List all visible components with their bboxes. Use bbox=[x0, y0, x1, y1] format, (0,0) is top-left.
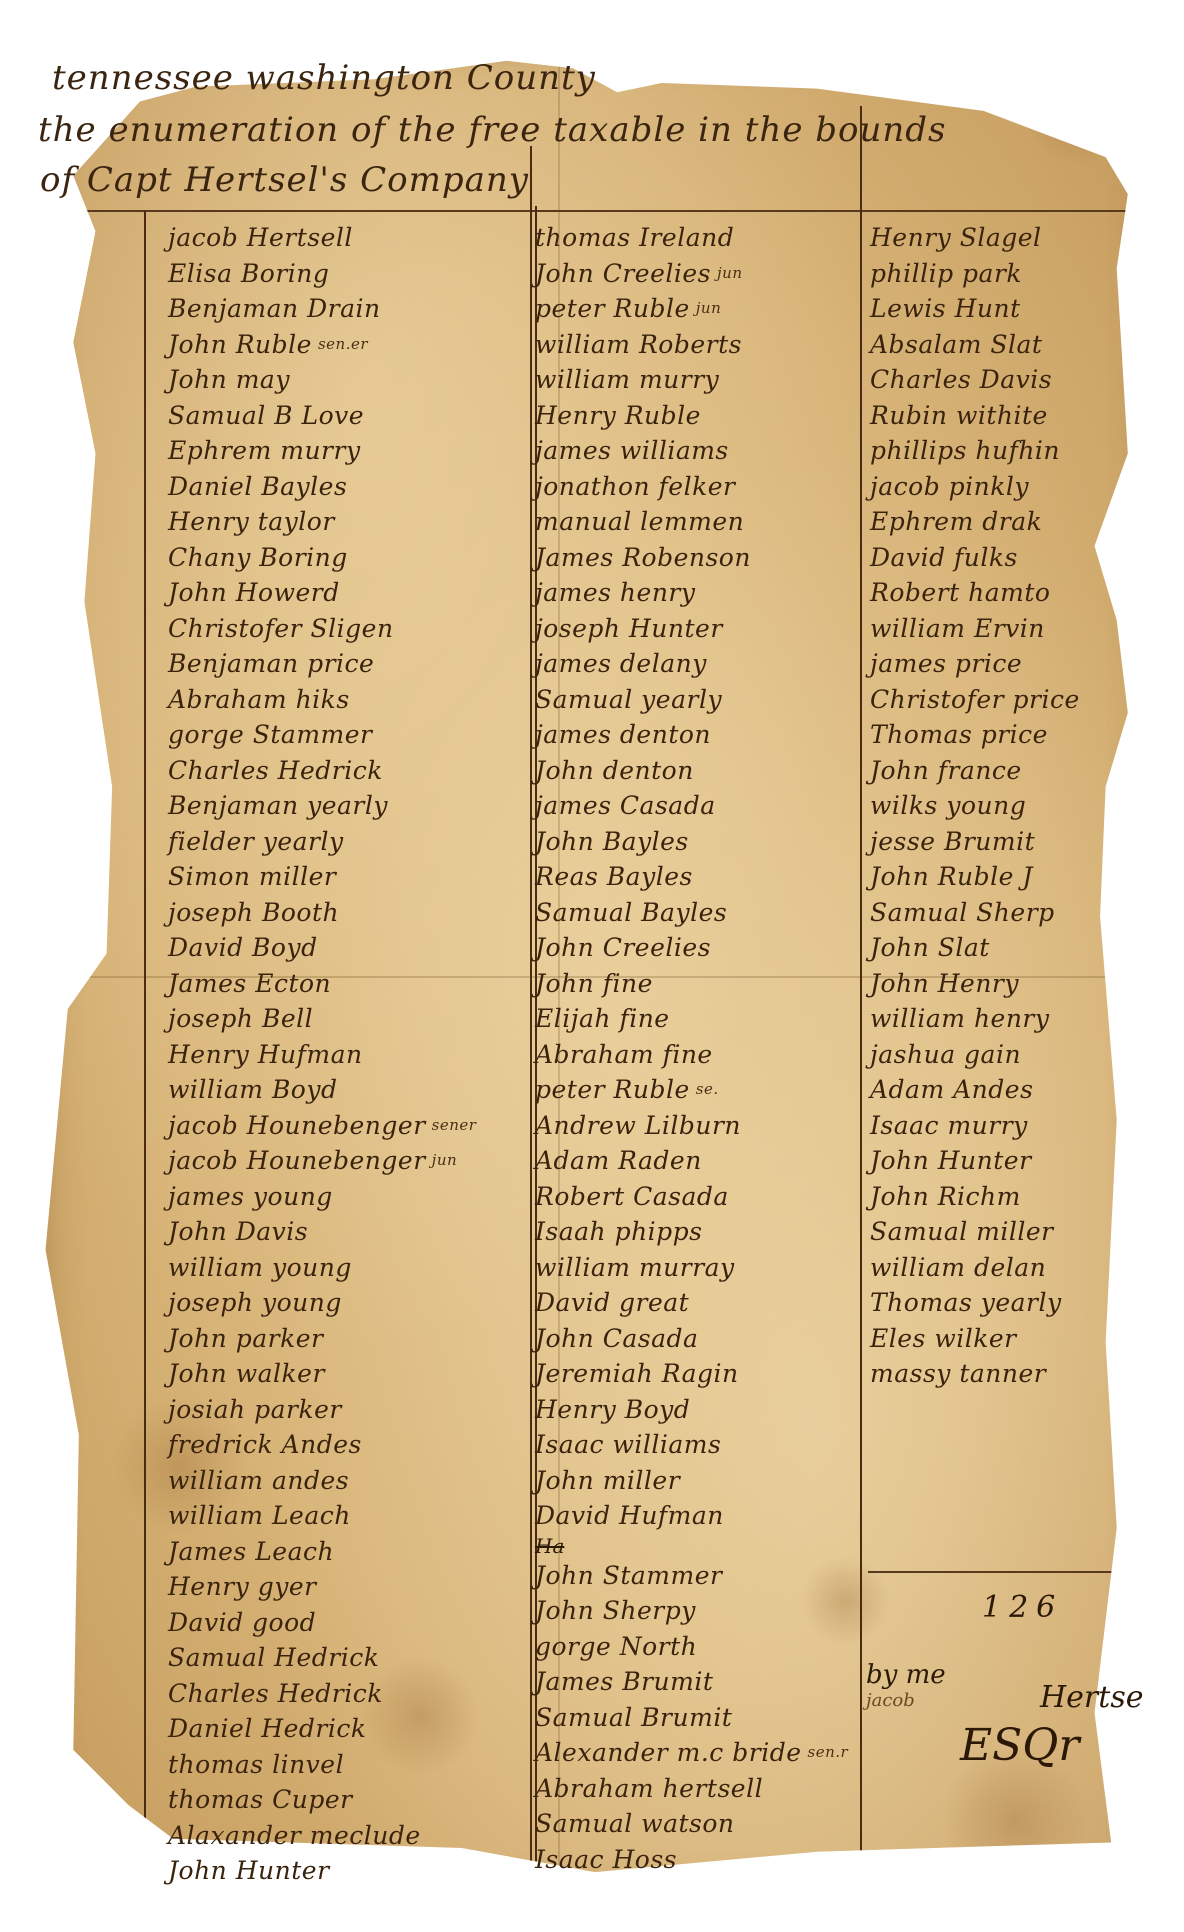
taxable-name-entry: Christofer price bbox=[870, 682, 1080, 718]
person-name: william andes bbox=[168, 1468, 349, 1493]
person-name: peter Ruble bbox=[535, 296, 690, 321]
person-name: John Bayles bbox=[535, 829, 689, 854]
taxable-name-entry: Benjaman Drain bbox=[168, 291, 476, 327]
taxable-name-entry: Abraham hertsell bbox=[535, 1771, 848, 1807]
person-name: Benjaman yearly bbox=[168, 793, 388, 818]
taxable-name-entry: william Leach bbox=[168, 1498, 476, 1534]
taxable-name-entry: manual lemmen bbox=[535, 504, 848, 540]
person-name: James Robenson bbox=[535, 545, 751, 570]
taxable-name-entry: Samual Sherp bbox=[870, 895, 1080, 931]
person-name: Alexander m.c bride bbox=[535, 1740, 802, 1765]
taxable-name-entry: John Hunter bbox=[870, 1143, 1080, 1179]
person-name: james denton bbox=[535, 722, 711, 747]
person-name: phillip park bbox=[870, 261, 1022, 286]
person-name: Christofer price bbox=[870, 687, 1080, 712]
person-name: Elijah fine bbox=[535, 1006, 670, 1031]
person-name: gorge Stammer bbox=[168, 722, 373, 747]
taxable-name-entry: jacob Hounebengersener bbox=[168, 1108, 476, 1144]
person-name: joseph Booth bbox=[168, 900, 339, 925]
taxable-name-entry: Henry Ruble bbox=[535, 398, 848, 434]
person-name: John Henry bbox=[870, 971, 1019, 996]
taxable-name-entry: Simon miller bbox=[168, 859, 476, 895]
taxable-name-entry: James Leach bbox=[168, 1534, 476, 1570]
person-name: Henry Ruble bbox=[535, 403, 701, 428]
person-name: Ephrem drak bbox=[870, 509, 1042, 534]
person-name: Chany Boring bbox=[168, 545, 348, 570]
taxable-name-entry: Isaac williams bbox=[535, 1427, 848, 1463]
person-name: Robert hamto bbox=[870, 580, 1050, 605]
taxable-name-entry: Samual watson bbox=[535, 1806, 848, 1842]
header-county: tennessee washington County bbox=[52, 58, 596, 98]
taxable-name-entry: william andes bbox=[168, 1463, 476, 1499]
taxable-name-entry: Henry gyer bbox=[168, 1569, 476, 1605]
taxable-name-entry: Elijah fine bbox=[535, 1001, 848, 1037]
taxable-name-entry: David Hufman bbox=[535, 1498, 848, 1534]
margin-rule bbox=[144, 210, 146, 1890]
person-name: Simon miller bbox=[168, 864, 336, 889]
taxable-name-entry: Robert Casada bbox=[535, 1179, 848, 1215]
person-name: Isaac williams bbox=[535, 1432, 721, 1457]
taxable-name-entry: John fine bbox=[535, 966, 848, 1002]
person-name: jacob Hounebenger bbox=[168, 1113, 426, 1138]
person-name: Eles wilker bbox=[870, 1326, 1017, 1351]
taxable-name-entry: John Slat bbox=[870, 930, 1080, 966]
attestation-by-me: by me bbox=[866, 1660, 946, 1690]
taxable-name-entry: Samual Bayles bbox=[535, 895, 848, 931]
person-name: Elisa Boring bbox=[168, 261, 329, 286]
person-name: james henry bbox=[535, 580, 696, 605]
taxable-name-entry: Charles Hedrick bbox=[168, 1676, 476, 1712]
person-name: thomas Ireland bbox=[535, 225, 734, 250]
taxable-name-entry: John denton bbox=[535, 753, 848, 789]
person-name: Jeremiah Ragin bbox=[535, 1361, 739, 1386]
name-suffix: sener bbox=[432, 1118, 477, 1133]
taxable-name-entry: Thomas price bbox=[870, 717, 1080, 753]
person-name: james Casada bbox=[535, 793, 716, 818]
person-name: Abraham fine bbox=[535, 1042, 713, 1067]
taxable-name-entry: Samual B Love bbox=[168, 398, 476, 434]
person-name: jacob pinkly bbox=[870, 474, 1029, 499]
taxable-name-entry: william murray bbox=[535, 1250, 848, 1286]
person-name: John Ruble J bbox=[870, 864, 1033, 889]
enumeration-total: 126 bbox=[982, 1590, 1063, 1625]
taxable-name-entry: Henry Boyd bbox=[535, 1392, 848, 1428]
person-name: Isaac murry bbox=[870, 1113, 1028, 1138]
person-name: John Casada bbox=[535, 1326, 698, 1351]
person-name: Daniel Hedrick bbox=[168, 1716, 366, 1741]
taxable-name-entry: John Hunter bbox=[168, 1853, 476, 1889]
taxable-name-entry: william delan bbox=[870, 1250, 1080, 1286]
person-name: Andrew Lilburn bbox=[535, 1113, 741, 1138]
taxable-name-entry: John Stammer bbox=[535, 1558, 848, 1594]
taxable-name-entry: jonathon felker bbox=[535, 469, 848, 505]
taxable-name-entry: Lewis Hunt bbox=[870, 291, 1080, 327]
person-name: Samual Brumit bbox=[535, 1705, 732, 1730]
person-name: jacob Hounebenger bbox=[168, 1148, 426, 1173]
person-name: Benjaman price bbox=[168, 651, 374, 676]
name-suffix: jun bbox=[696, 301, 721, 316]
taxable-name-entry: Isaac Hoss bbox=[535, 1842, 848, 1878]
taxable-name-entry: John miller bbox=[535, 1463, 848, 1499]
person-name: James Leach bbox=[168, 1539, 334, 1564]
person-name: josiah parker bbox=[168, 1397, 342, 1422]
taxable-name-entry: massy tanner bbox=[870, 1356, 1080, 1392]
person-name: Samual B Love bbox=[168, 403, 364, 428]
taxable-name-entry: fredrick Andes bbox=[168, 1427, 476, 1463]
taxable-name-entry: Benjaman yearly bbox=[168, 788, 476, 824]
taxable-name-entry: James Ecton bbox=[168, 966, 476, 1002]
taxable-name-entry: Eles wilker bbox=[870, 1321, 1080, 1357]
person-name: James Ecton bbox=[168, 971, 331, 996]
person-name: Charles Davis bbox=[870, 367, 1052, 392]
taxable-name-entry: Adam Raden bbox=[535, 1143, 848, 1179]
taxable-name-entry: John Creelies bbox=[535, 930, 848, 966]
taxable-name-entry: Isaah phipps bbox=[535, 1214, 848, 1250]
taxable-name-entry: james henry bbox=[535, 575, 848, 611]
person-name: John may bbox=[168, 367, 290, 392]
person-name: william murray bbox=[535, 1255, 735, 1280]
person-name: Rubin withite bbox=[870, 403, 1048, 428]
person-name: massy tanner bbox=[870, 1361, 1046, 1386]
taxable-name-entry: Thomas yearly bbox=[870, 1285, 1080, 1321]
person-name: joseph Hunter bbox=[535, 616, 723, 641]
person-name: william Boyd bbox=[168, 1077, 338, 1102]
taxable-name-entry: Daniel Bayles bbox=[168, 469, 476, 505]
person-name: David great bbox=[535, 1290, 689, 1315]
taxable-name-entry: peter Rublejun bbox=[535, 291, 848, 327]
taxable-name-entry: James Robenson bbox=[535, 540, 848, 576]
taxable-name-entry: Daniel Hedrick bbox=[168, 1711, 476, 1747]
taxable-name-entry: Abraham fine bbox=[535, 1037, 848, 1073]
person-name: Adam Raden bbox=[535, 1148, 702, 1173]
person-name: william young bbox=[168, 1255, 352, 1280]
person-name: John Hunter bbox=[870, 1148, 1032, 1173]
person-name: Charles Hedrick bbox=[168, 758, 383, 783]
person-name: Adam Andes bbox=[870, 1077, 1033, 1102]
person-name: Henry Boyd bbox=[535, 1397, 690, 1422]
column-rule-1 bbox=[530, 146, 532, 1891]
taxable-name-entry: joseph Hunter bbox=[535, 611, 848, 647]
person-name: John Sherpy bbox=[535, 1598, 696, 1623]
person-name: thomas linvel bbox=[168, 1752, 344, 1777]
taxable-name-entry: Charles Davis bbox=[870, 362, 1080, 398]
person-name: Lewis Hunt bbox=[870, 296, 1021, 321]
person-name: David good bbox=[168, 1610, 316, 1635]
person-name: james delany bbox=[535, 651, 707, 676]
taxable-name-entry: Henry taylor bbox=[168, 504, 476, 540]
taxable-name-entry: Andrew Lilburn bbox=[535, 1108, 848, 1144]
taxable-name-entry: John Ruble J bbox=[870, 859, 1080, 895]
name-column-2: thomas IrelandJohn Creeliesjunpeter Rubl… bbox=[535, 220, 848, 1877]
taxable-name-entry: Absalam Slat bbox=[870, 327, 1080, 363]
person-name: Benjaman Drain bbox=[168, 296, 381, 321]
person-name: wilks young bbox=[870, 793, 1026, 818]
taxable-name-entry: wilks young bbox=[870, 788, 1080, 824]
person-name: Henry gyer bbox=[168, 1574, 317, 1599]
taxable-name-entry: Chany Boring bbox=[168, 540, 476, 576]
taxable-name-entry: Alexander m.c bridesen.r bbox=[535, 1735, 848, 1771]
person-name: william Leach bbox=[168, 1503, 351, 1528]
taxable-name-entry: James Brumit bbox=[535, 1664, 848, 1700]
taxable-name-entry: John Casada bbox=[535, 1321, 848, 1357]
total-divider bbox=[868, 1571, 1148, 1573]
person-name: fielder yearly bbox=[168, 829, 344, 854]
paper-stain bbox=[1020, 46, 1140, 166]
person-name: John Creelies bbox=[535, 261, 711, 286]
taxable-name-entry: james williams bbox=[535, 433, 848, 469]
taxable-name-entry: John Davis bbox=[168, 1214, 476, 1250]
person-name: John Richm bbox=[870, 1184, 1021, 1209]
person-name: Samual Hedrick bbox=[168, 1645, 379, 1670]
header-company: of Capt Hertsel's Company bbox=[40, 160, 529, 200]
person-name: james williams bbox=[535, 438, 729, 463]
person-name: Christofer Sligen bbox=[168, 616, 394, 641]
taxable-name-entry: Jeremiah Ragin bbox=[535, 1356, 848, 1392]
taxable-name-entry: joseph young bbox=[168, 1285, 476, 1321]
person-name: David Hufman bbox=[535, 1503, 724, 1528]
person-name: John Howerd bbox=[168, 580, 340, 605]
taxable-name-entry: thomas Cuper bbox=[168, 1782, 476, 1818]
taxable-name-entry: John may bbox=[168, 362, 476, 398]
person-name: jacob Hertsell bbox=[168, 225, 353, 250]
person-name: william Roberts bbox=[535, 332, 742, 357]
taxable-name-entry: joseph Booth bbox=[168, 895, 476, 931]
taxable-name-entry: John Henry bbox=[870, 966, 1080, 1002]
taxable-name-entry: Samual miller bbox=[870, 1214, 1080, 1250]
person-name: John walker bbox=[168, 1361, 325, 1386]
taxable-name-entry: David fulks bbox=[870, 540, 1080, 576]
taxable-name-entry: Robert hamto bbox=[870, 575, 1080, 611]
person-name: Samual Bayles bbox=[535, 900, 727, 925]
person-name: james young bbox=[168, 1184, 333, 1209]
taxable-name-entry: David Boyd bbox=[168, 930, 476, 966]
person-name: phillips hufhin bbox=[870, 438, 1060, 463]
taxable-name-entry: james Casada bbox=[535, 788, 848, 824]
person-name: fredrick Andes bbox=[168, 1432, 362, 1457]
taxable-name-entry: phillips hufhin bbox=[870, 433, 1080, 469]
taxable-name-entry: josiah parker bbox=[168, 1392, 476, 1428]
person-name: Ephrem murry bbox=[168, 438, 361, 463]
taxable-name-entry: John Howerd bbox=[168, 575, 476, 611]
taxable-name-entry: Elisa Boring bbox=[168, 256, 476, 292]
taxable-name-entry: jacob Hounebengerjun bbox=[168, 1143, 476, 1179]
person-name: John Slat bbox=[870, 935, 990, 960]
person-name: william delan bbox=[870, 1255, 1046, 1280]
signature-title: ESQr bbox=[960, 1720, 1079, 1771]
taxable-name-entry: james price bbox=[870, 646, 1080, 682]
taxable-name-entry: jacob pinkly bbox=[870, 469, 1080, 505]
person-name: John Ruble bbox=[168, 332, 312, 357]
person-name: peter Ruble bbox=[535, 1077, 690, 1102]
person-name: John Creelies bbox=[535, 935, 711, 960]
taxable-name-entry: peter Rublese. bbox=[535, 1072, 848, 1108]
signature-name: Hertse bbox=[1040, 1680, 1143, 1715]
name-suffix: se. bbox=[696, 1082, 719, 1097]
person-name: Henry Slagel bbox=[870, 225, 1042, 250]
person-name: John fine bbox=[535, 971, 653, 996]
taxable-name-entry: David great bbox=[535, 1285, 848, 1321]
taxable-name-entry: John Richm bbox=[870, 1179, 1080, 1215]
taxable-name-entry: Ephrem murry bbox=[168, 433, 476, 469]
person-name: Alaxander meclude bbox=[168, 1823, 421, 1848]
column-rule-2 bbox=[860, 106, 862, 1886]
taxable-name-entry: Henry Slagel bbox=[870, 220, 1080, 256]
person-name: Samual watson bbox=[535, 1811, 735, 1836]
header-enumeration: the enumeration of the free taxable in t… bbox=[38, 110, 947, 150]
person-name: Samual miller bbox=[870, 1219, 1054, 1244]
taxable-name-entry: james denton bbox=[535, 717, 848, 753]
person-name: Reas Bayles bbox=[535, 864, 693, 889]
taxable-name-entry: william Roberts bbox=[535, 327, 848, 363]
person-name: Samual yearly bbox=[535, 687, 722, 712]
taxable-name-entry: fielder yearly bbox=[168, 824, 476, 860]
person-name: John Stammer bbox=[535, 1563, 722, 1588]
taxable-name-entry: John france bbox=[870, 753, 1080, 789]
header-divider bbox=[40, 210, 1130, 212]
name-suffix: jun bbox=[432, 1153, 457, 1168]
person-name: John Davis bbox=[168, 1219, 308, 1244]
taxable-name-entry: Samual yearly bbox=[535, 682, 848, 718]
person-name: John parker bbox=[168, 1326, 323, 1351]
taxable-name-entry: james delany bbox=[535, 646, 848, 682]
person-name: william Ervin bbox=[870, 616, 1045, 641]
person-name: thomas Cuper bbox=[168, 1787, 353, 1812]
person-name: james price bbox=[870, 651, 1022, 676]
person-name: Isaah phipps bbox=[535, 1219, 703, 1244]
signature-prefix: jacob bbox=[866, 1690, 915, 1711]
person-name: Henry taylor bbox=[168, 509, 335, 534]
taxable-name-entry: william henry bbox=[870, 1001, 1080, 1037]
person-name: John denton bbox=[535, 758, 694, 783]
taxable-name-entry: Rubin withite bbox=[870, 398, 1080, 434]
taxable-name-entry: jashua gain bbox=[870, 1037, 1080, 1073]
taxable-name-entry: David good bbox=[168, 1605, 476, 1641]
taxable-name-entry: william murry bbox=[535, 362, 848, 398]
taxable-name-entry: gorge North bbox=[535, 1629, 848, 1665]
taxable-name-entry: Samual Brumit bbox=[535, 1700, 848, 1736]
name-column-1: jacob HertsellElisa BoringBenjaman Drain… bbox=[168, 220, 476, 1889]
person-name: Charles Hedrick bbox=[168, 1681, 383, 1706]
person-name: John Hunter bbox=[168, 1858, 330, 1883]
person-name: David Boyd bbox=[168, 935, 318, 960]
person-name: John miller bbox=[535, 1468, 680, 1493]
person-name: Robert Casada bbox=[535, 1184, 729, 1209]
taxable-name-entry: Samual Hedrick bbox=[168, 1640, 476, 1676]
taxable-name-entry: Alaxander meclude bbox=[168, 1818, 476, 1854]
taxable-name-entry: John walker bbox=[168, 1356, 476, 1392]
person-name: Abraham hiks bbox=[168, 687, 350, 712]
taxable-name-entry: Henry Hufman bbox=[168, 1037, 476, 1073]
person-name: jonathon felker bbox=[535, 474, 736, 499]
person-name: David fulks bbox=[870, 545, 1018, 570]
taxable-name-entry: jesse Brumit bbox=[870, 824, 1080, 860]
person-name: Absalam Slat bbox=[870, 332, 1042, 357]
taxable-name-entry: John Creeliesjun bbox=[535, 256, 848, 292]
taxable-name-entry: Christofer Sligen bbox=[168, 611, 476, 647]
person-name: Thomas price bbox=[870, 722, 1048, 747]
name-suffix: jun bbox=[717, 266, 742, 281]
name-suffix: sen.er bbox=[318, 337, 368, 352]
taxable-name-entry: Adam Andes bbox=[870, 1072, 1080, 1108]
taxable-name-entry: william Boyd bbox=[168, 1072, 476, 1108]
person-name: James Brumit bbox=[535, 1669, 713, 1694]
taxable-name-entry: John Sherpy bbox=[535, 1593, 848, 1629]
person-name: Isaac Hoss bbox=[535, 1847, 677, 1872]
taxable-name-entry: Isaac murry bbox=[870, 1108, 1080, 1144]
taxable-name-entry: thomas Ireland bbox=[535, 220, 848, 256]
taxable-name-entry: thomas linvel bbox=[168, 1747, 476, 1783]
person-name: Abraham hertsell bbox=[535, 1776, 763, 1801]
person-name: gorge North bbox=[535, 1634, 697, 1659]
taxable-name-entry: jacob Hertsell bbox=[168, 220, 476, 256]
taxable-name-entry: william Ervin bbox=[870, 611, 1080, 647]
taxable-name-entry: Charles Hedrick bbox=[168, 753, 476, 789]
person-name: manual lemmen bbox=[535, 509, 744, 534]
taxable-name-entry: phillip park bbox=[870, 256, 1080, 292]
name-column-3: Henry Slagelphillip parkLewis HuntAbsala… bbox=[870, 220, 1080, 1392]
person-name: John france bbox=[870, 758, 1022, 783]
person-name: Thomas yearly bbox=[870, 1290, 1062, 1315]
taxable-name-entry: william young bbox=[168, 1250, 476, 1286]
taxable-name-entry: Reas Bayles bbox=[535, 859, 848, 895]
person-name: jashua gain bbox=[870, 1042, 1021, 1067]
taxable-name-entry: John Rublesen.er bbox=[168, 327, 476, 363]
person-name: Henry Hufman bbox=[168, 1042, 363, 1067]
person-name: Samual Sherp bbox=[870, 900, 1055, 925]
taxable-name-entry: John Bayles bbox=[535, 824, 848, 860]
person-name: william murry bbox=[535, 367, 719, 392]
taxable-name-entry: John parker bbox=[168, 1321, 476, 1357]
taxable-name-entry: Abraham hiks bbox=[168, 682, 476, 718]
taxable-name-entry: Ephrem drak bbox=[870, 504, 1080, 540]
person-name: Daniel Bayles bbox=[168, 474, 347, 499]
taxable-name-entry: Benjaman price bbox=[168, 646, 476, 682]
person-name: joseph Bell bbox=[168, 1006, 313, 1031]
person-name: jesse Brumit bbox=[870, 829, 1035, 854]
taxable-name-entry: gorge Stammer bbox=[168, 717, 476, 753]
person-name: joseph young bbox=[168, 1290, 342, 1315]
taxable-name-entry: james young bbox=[168, 1179, 476, 1215]
struck-out-entry: Ha bbox=[535, 1534, 848, 1558]
name-suffix: sen.r bbox=[808, 1745, 849, 1760]
person-name: william henry bbox=[870, 1006, 1050, 1031]
taxable-name-entry: joseph Bell bbox=[168, 1001, 476, 1037]
